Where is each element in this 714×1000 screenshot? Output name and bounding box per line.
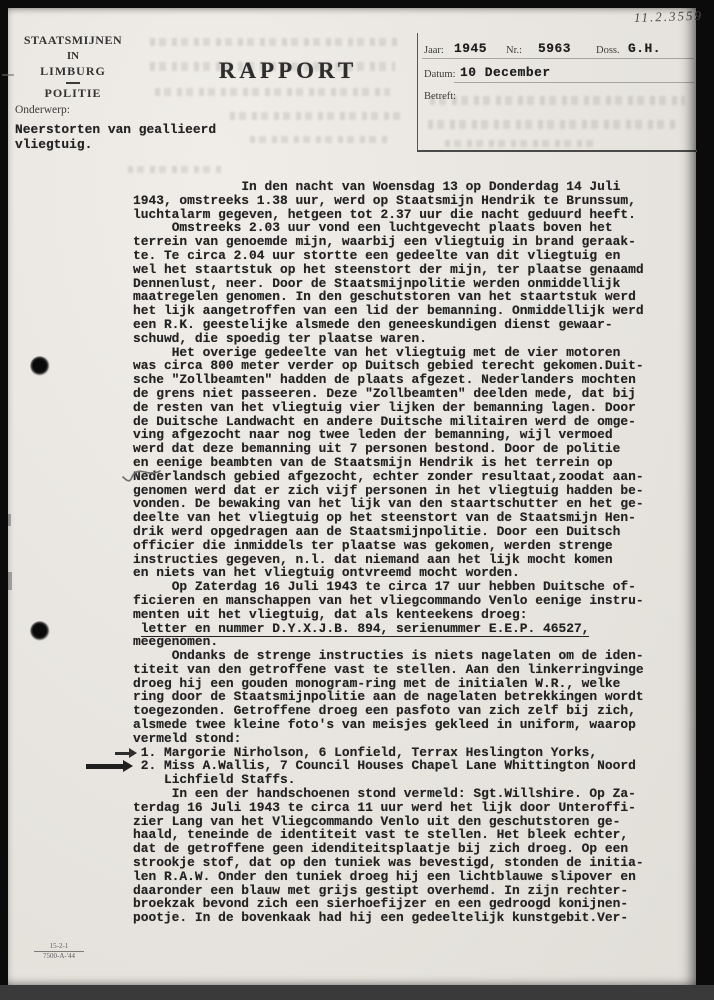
report-line: ficieren en manschappen van het vliegcom… xyxy=(133,594,663,608)
form-code: 15-2-1 7500-A-'44 xyxy=(34,942,84,961)
report-line: 1. Margorie Nirholson, 6 Lonfield, Terra… xyxy=(133,746,663,760)
report-line: vonden. De bewaking van het lijk van den… xyxy=(133,497,663,511)
form-code-line2: 7500-A-'44 xyxy=(34,951,84,961)
report-line: letter en nummer D.Y.X.J.B. 894, serienu… xyxy=(133,622,663,636)
report-line: maatregelen genomen. In den geschutstore… xyxy=(133,290,663,304)
report-line: haald, teneinde de identiteit vast te st… xyxy=(133,828,663,842)
report-line: titeit van den getroffene vast te stelle… xyxy=(133,663,663,677)
report-line: het lijk aangetroffen van een lid der be… xyxy=(133,304,663,318)
report-line: ving afgezocht naar nog twee leden der b… xyxy=(133,428,663,442)
page-title: RAPPORT xyxy=(158,58,418,84)
report-line: Ondanks de strenge instructies is niets … xyxy=(133,649,663,663)
doss-value: G.H. xyxy=(628,41,661,56)
report-line: Lichfield Staffs. xyxy=(133,773,663,787)
edge-mark xyxy=(2,74,14,76)
report-line: sche "Zollbeamten" hadden de plaats afge… xyxy=(133,373,663,387)
punch-hole xyxy=(30,621,50,641)
report-line: werd dat deze bemanning uit 7 personen b… xyxy=(133,442,663,456)
punch-hole xyxy=(30,356,50,376)
report-line: een R.K. geestelijke alsmede den geneesk… xyxy=(133,318,663,332)
bleedthrough-text xyxy=(230,112,405,120)
letterhead-divider xyxy=(66,82,80,84)
document-page: STAATSMIJNEN IN LIMBURG POLITIE Onderwer… xyxy=(8,8,696,985)
letterhead: STAATSMIJNEN IN LIMBURG POLITIE xyxy=(14,33,132,101)
report-line: daaronder een blauw met grijs gestipt ov… xyxy=(133,884,663,898)
report-line: wel het staartstuk op het steenstort der… xyxy=(133,263,663,277)
report-line: Op Zaterdag 16 Juli 1943 te circa 17 uur… xyxy=(133,580,663,594)
report-line: terrein van genoemde mijn, waarbij een v… xyxy=(133,235,663,249)
report-line: instructies gegeven, n.l. dat niemand aa… xyxy=(133,553,663,567)
report-line: broekzak bevond zich een sierhoefijzer e… xyxy=(133,897,663,911)
report-line: In den nacht van Woensdag 13 op Donderda… xyxy=(133,180,663,194)
report-line: Omstreeks 2.03 uur vond een luchtgevecht… xyxy=(133,221,663,235)
report-line: dat de getroffene geen idenditeitsplaatj… xyxy=(133,842,663,856)
datum-value: 10 December xyxy=(460,65,551,80)
report-line: 2. Miss A.Wallis, 7 Council Houses Chape… xyxy=(133,759,663,773)
margin-arrow-icon xyxy=(86,764,124,769)
report-line: schuwd, die spoedig ter plaatse waren. xyxy=(133,332,663,346)
report-line: pootje. In de bovenkaak had hij een gede… xyxy=(133,911,663,925)
report-line: deelte van het vliegtuig op het steensto… xyxy=(133,511,663,525)
report-line: droeg hij een gouden monogram-ring met d… xyxy=(133,677,663,691)
report-line: vermeld stond: xyxy=(133,732,663,746)
scan-frame: { "annotation": "11.2.3559", "title": "R… xyxy=(0,0,714,1000)
edge-mark xyxy=(8,514,11,526)
report-line: toegezonden. Getroffene droeg een pasfot… xyxy=(133,704,663,718)
handwritten-reference: 11.2.3559 xyxy=(568,8,703,29)
report-line: de grens niet passeeren. Deze "Zollbeamt… xyxy=(133,387,663,401)
report-body: In den nacht van Woensdag 13 op Donderda… xyxy=(133,180,663,925)
report-line: en eenige beambten van de Staatsmijn Hen… xyxy=(133,456,663,470)
bleedthrough-text xyxy=(150,38,400,46)
report-line: zier Lang van het Vliegcommando Venlo ui… xyxy=(133,815,663,829)
report-line: alsmede twee kleine foto's van meisjes g… xyxy=(133,718,663,732)
report-line: Het overige gedeelte van het vliegtuig m… xyxy=(133,346,663,360)
report-line: luchtalarm gegeven, hetgeen tot 2.37 uur… xyxy=(133,208,663,222)
doss-label: Doss. xyxy=(596,45,620,56)
report-line: terdag 16 Juli 1943 te circa 11 uur werd… xyxy=(133,801,663,815)
bleedthrough-text xyxy=(128,166,223,173)
org-name-line1: STAATSMIJNEN xyxy=(14,33,132,48)
report-line: In een der handschoenen stond vermeld: S… xyxy=(133,787,663,801)
report-line: genomen werd dat er zich vijf personen i… xyxy=(133,484,663,498)
jaar-value: 1945 xyxy=(454,41,487,56)
org-name-line2: IN xyxy=(14,50,132,62)
report-line: 1943, omstreeks 1.38 uur, werd op Staats… xyxy=(133,194,663,208)
meta-box: Jaar: 1945 Nr.: 5963 Doss. G.H. Datum: 1… xyxy=(417,33,697,152)
betreft-label: Betreft: xyxy=(424,91,456,102)
org-name-line4: POLITIE xyxy=(14,86,132,101)
form-code-line1: 15-2-1 xyxy=(34,942,84,951)
report-line: menten uit het vliegtuig, dat als kentee… xyxy=(133,608,663,622)
report-line: de resten van het vliegtuig vier lijken … xyxy=(133,401,663,415)
report-line: was circa 800 meter verder op Duitsch ge… xyxy=(133,359,663,373)
subject-text: Neerstorten van geallieerd vliegtuig. xyxy=(15,123,255,152)
subject-label: Onderwerp: xyxy=(15,104,70,116)
margin-arrow-icon xyxy=(115,752,130,755)
nr-value: 5963 xyxy=(538,41,571,56)
report-line: drik werd opgedragen aan de Staatsmijnpo… xyxy=(133,525,663,539)
edge-mark xyxy=(8,572,12,590)
report-line: meegenomen. xyxy=(133,635,663,649)
scan-bed xyxy=(0,985,714,1000)
jaar-label: Jaar: xyxy=(424,45,444,56)
report-line: Dennenlust, neer. Door de Staatsmijnpoli… xyxy=(133,277,663,291)
pencil-checkmark xyxy=(120,468,162,488)
report-line: ring door de Staatsmijnpolitie aan de na… xyxy=(133,690,663,704)
bleedthrough-text xyxy=(155,88,390,96)
report-line: de Duitsche Landwacht en andere Duitsche… xyxy=(133,415,663,429)
meta-rule xyxy=(454,82,694,83)
report-line: len R.A.W. Onder den tuniek droeg hij ee… xyxy=(133,870,663,884)
datum-label: Datum: xyxy=(424,69,456,80)
bleedthrough-text xyxy=(250,136,390,143)
org-name-line3: LIMBURG xyxy=(14,64,132,79)
report-line: strookje stof, dat op den tuniek was bev… xyxy=(133,856,663,870)
report-line: officier die inmiddels ter plaatse was g… xyxy=(133,539,663,553)
nr-label: Nr.: xyxy=(506,45,522,56)
meta-rule xyxy=(422,58,694,59)
report-line: te. Te circa 2.04 uur stortte een gedeel… xyxy=(133,249,663,263)
report-line: en niets van het vliegtuig ontvreemd moc… xyxy=(133,566,663,580)
report-line: Nederlandsch gebied afgezocht, echter zo… xyxy=(133,470,663,484)
